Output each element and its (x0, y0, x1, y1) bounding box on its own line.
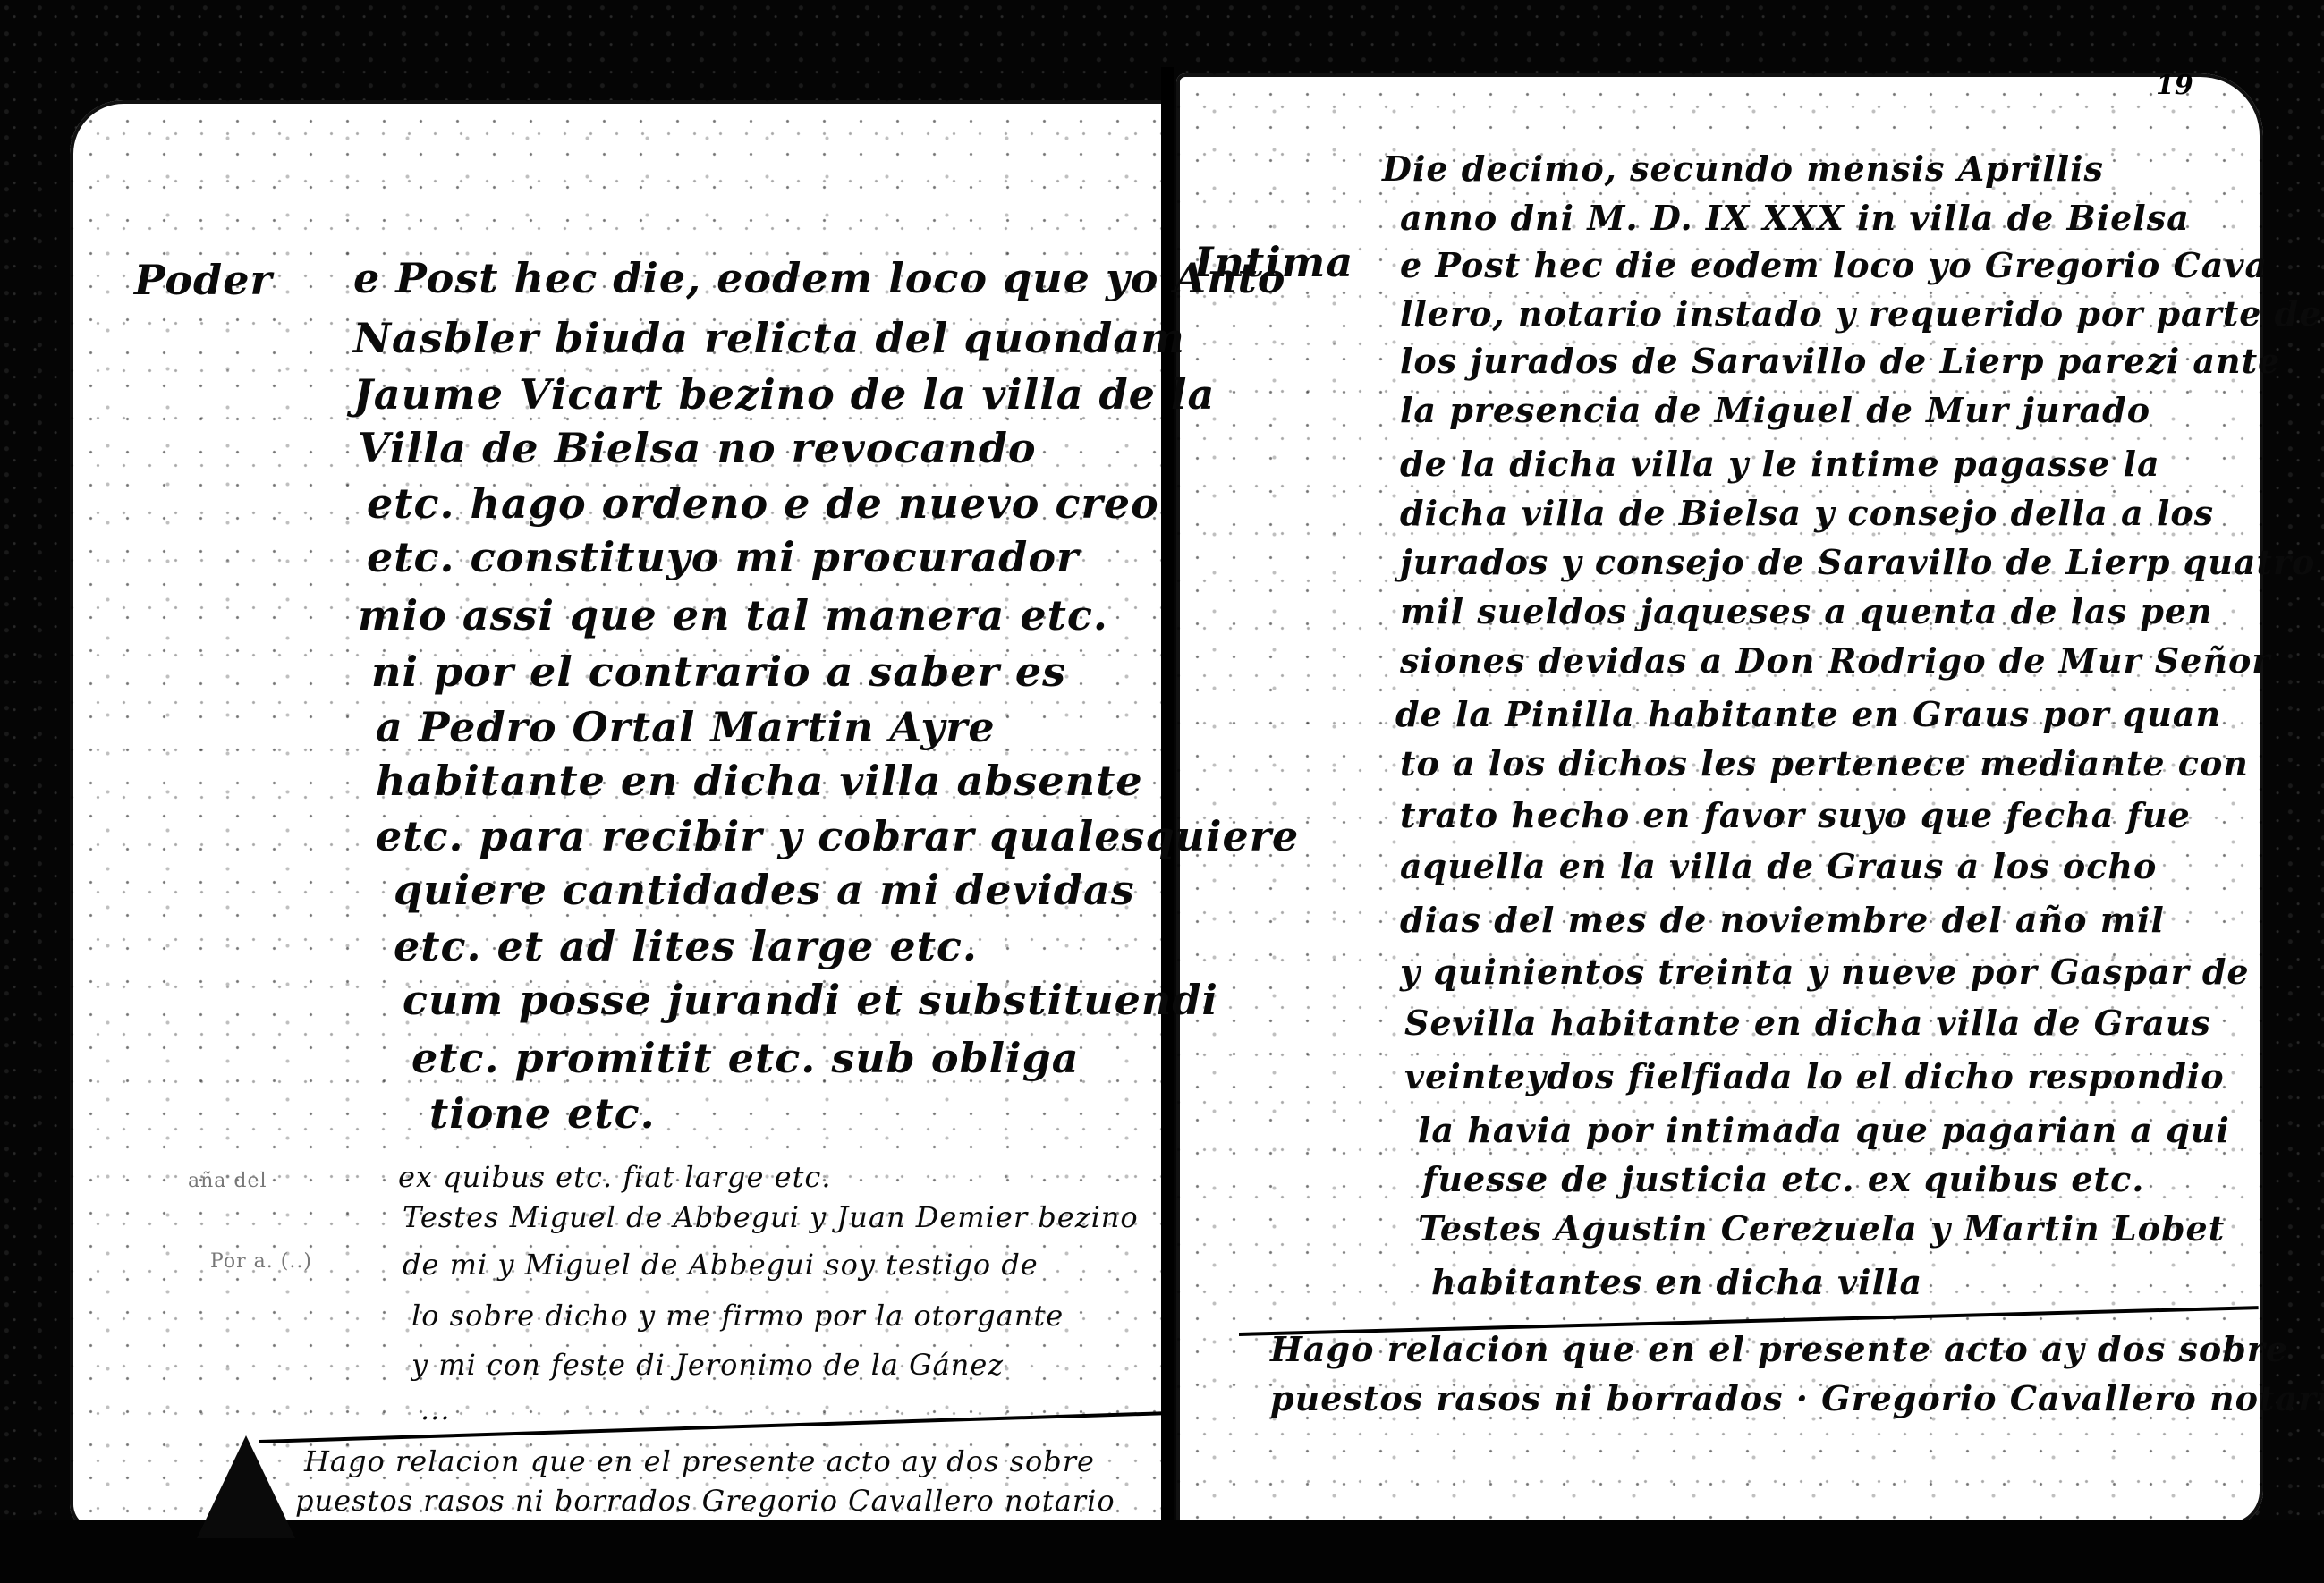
text-line: y quinientos treinta y nueve por Gaspar … (1400, 955, 2250, 989)
witness-line: de mi y Miguel de Abbegui soy testigo de (403, 1250, 1039, 1279)
witness-line: ... (420, 1395, 451, 1424)
footer-line: puestos rasos ni borrados · Gregorio Cav… (1270, 1382, 2324, 1416)
text-line: la havia por intimada que pagarian a qui (1418, 1113, 2230, 1147)
text-line: la presencia de Miguel de Mur jurado (1400, 394, 2150, 427)
text-line: llero, notario instado y requerido por p… (1400, 297, 2321, 331)
text-line: quiere cantidades a mi devidas (394, 869, 1135, 910)
text-line: los jurados de Saravillo de Lierp parezi… (1400, 344, 2280, 378)
text-line: to a los dichos les pertenece mediante c… (1400, 747, 2249, 781)
text-line: de la Pinilla habitante en Graus por qua… (1395, 698, 2221, 732)
faint-margin-mark: aña del (188, 1172, 267, 1191)
bottom-shadow (0, 1520, 2324, 1583)
text-line: habitante en dicha villa absente (376, 760, 1143, 801)
text-line: etc. hago ordeno e de nuevo creo (367, 483, 1159, 524)
footer-line: Hago relacion que en el presente acto ay… (1270, 1333, 2288, 1367)
footer-line: Hago relacion que en el presente acto ay… (304, 1447, 1095, 1476)
text-line: Sevilla habitante en dicha villa de Grau… (1404, 1006, 2211, 1040)
text-line: trato hecho en favor suyo que fecha fue (1400, 799, 2191, 833)
text-line: Villa de Bielsa no revocando (358, 427, 1037, 469)
text-line: mio assi que en tal manera etc. (358, 595, 1108, 636)
text-line: etc. constituyo mi procurador (367, 537, 1079, 578)
text-line: Testes Agustin Cerezuela y Martin Lobet (1418, 1212, 2225, 1246)
witness-line: Testes Miguel de Abbegui y Juan Demier b… (403, 1203, 1139, 1232)
margin-note-intima: Intima (1194, 241, 1353, 283)
text-line: cum posse jurandi et substituendi (403, 979, 1218, 1020)
text-line: Jaume Vicart bezino de la villa de la (353, 374, 1215, 415)
text-line: aquella en la villa de Graus a los ocho (1400, 850, 2157, 884)
text-line: jurados y consejo de Saravillo de Lierp … (1400, 546, 2315, 580)
text-line: ni por el contrario a saber es (371, 651, 1066, 692)
text-line: mil sueldos jaqueses a quenta de las pen (1400, 595, 2213, 629)
page-corner-fold (197, 1435, 295, 1538)
margin-note-poder: Poder (134, 259, 273, 301)
text-line: siones devidas a Don Rodrigo de Mur Seño… (1400, 644, 2270, 678)
text-line: a Pedro Ortal Martin Ayre (376, 707, 996, 748)
text-line: e Post hec die, eodem loco que yo Anto (353, 258, 1285, 299)
text-line: de la dicha villa y le intime pagasse la (1400, 447, 2160, 481)
text-line: etc. para recibir y cobrar qualesquiere (376, 816, 1299, 857)
text-line: etc. et ad lites large etc. (394, 926, 978, 967)
text-line: dicha villa de Bielsa y consejo della a … (1400, 496, 2214, 530)
text-line: Die decimo, secundo mensis Aprillis (1382, 152, 2104, 186)
witness-line: ex quibus etc. fiat large etc. (398, 1163, 832, 1191)
text-line: veinteydos fielfiada lo el dicho respond… (1404, 1060, 2225, 1094)
faint-margin-mark: Por a. (..) (210, 1252, 312, 1272)
text-line: e Post hec die eodem loco yo Gregorio Ca… (1400, 249, 2268, 283)
text-line: anno dni M. D. IX XXX in villa de Bielsa (1400, 201, 2190, 235)
text-line: fuesse de justicia etc. ex quibus etc. (1422, 1163, 2144, 1197)
footer-line: puestos rasos ni borrados Gregorio Caval… (295, 1486, 1115, 1515)
text-line: Nasbler biuda relicta del quondam (353, 317, 1185, 359)
text-line: dias del mes de noviembre del año mil (1400, 903, 2165, 937)
witness-line: y mi con feste di Jeronimo de la Gánez (411, 1350, 1004, 1379)
text-line: etc. promitit etc. sub obliga (411, 1037, 1080, 1079)
text-line: habitantes en dicha villa (1431, 1266, 1922, 1299)
witness-line: lo sobre dicho y me firmo por la otorgan… (411, 1301, 1064, 1330)
text-line: tione etc. (429, 1093, 656, 1134)
folio-number: 19 (2156, 70, 2193, 101)
